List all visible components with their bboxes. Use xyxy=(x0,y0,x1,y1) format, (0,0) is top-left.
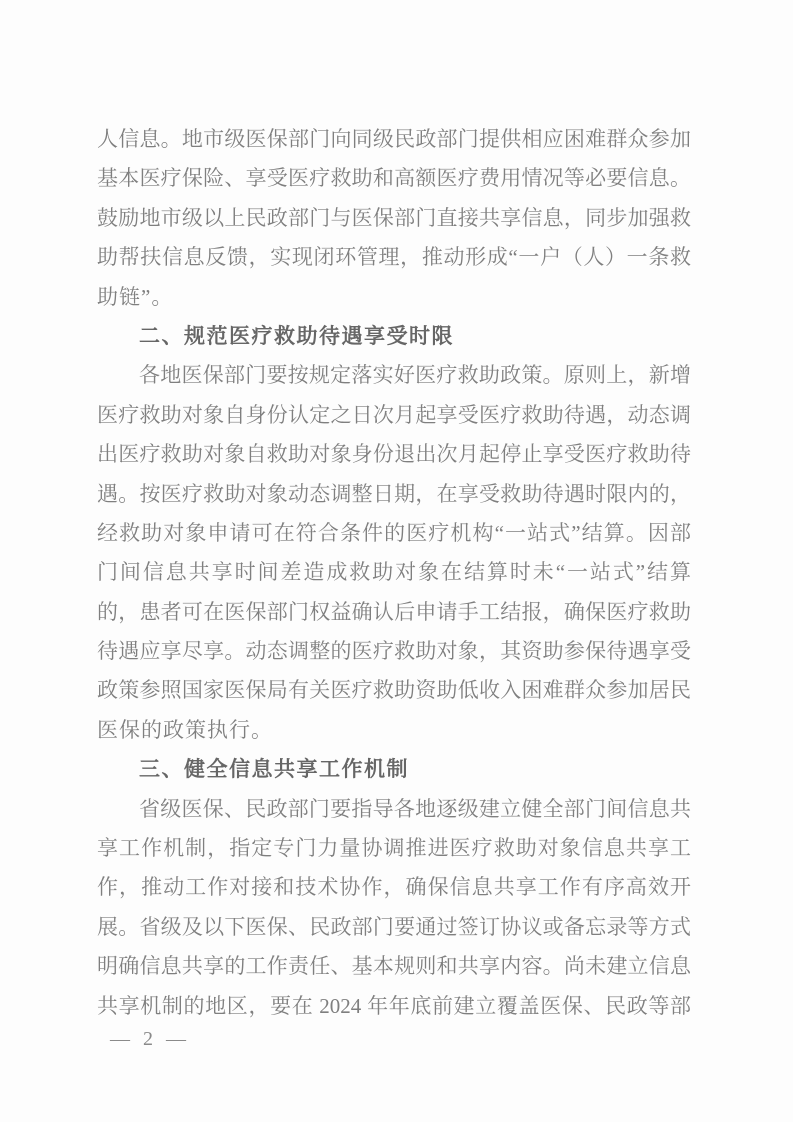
text-line: 遇。按医疗救助对象动态调整日期，在享受救助待遇时限内的， xyxy=(97,475,691,514)
text-line: 助帮扶信息反馈，实现闭环管理，推动形成“一户（人）一条救 xyxy=(97,238,691,277)
page-number: — 2 — xyxy=(110,1026,190,1052)
text-line: 共享机制的地区，要在 2024 年年底前建立覆盖医保、民政等部 xyxy=(97,987,691,1026)
text-line: 待遇应享尽享。动态调整的医疗救助对象，其资助参保待遇享受 xyxy=(97,632,691,671)
document-text-block: 人信息。地市级医保部门向同级民政部门提供相应困难群众参加 基本医疗保险、享受医疗… xyxy=(97,120,691,1026)
text-line: 鼓励地市级以上民政部门与医保部门直接共享信息，同步加强救 xyxy=(97,199,691,238)
document-page: 人信息。地市级医保部门向同级民政部门提供相应困难群众参加 基本医疗保险、享受医疗… xyxy=(0,0,793,1122)
text-line: 经救助对象申请可在符合条件的医疗机构“一站式”结算。因部 xyxy=(97,514,691,553)
text-line: 人信息。地市级医保部门向同级民政部门提供相应困难群众参加 xyxy=(97,120,691,159)
text-line: 享工作机制，指定专门力量协调推进医疗救助对象信息共享工 xyxy=(97,829,691,868)
text-line: 出医疗救助对象自救助对象身份退出次月起停止享受医疗救助待 xyxy=(97,435,691,474)
text-line: 门间信息共享时间差造成救助对象在结算时未“一站式”结算 xyxy=(97,553,691,592)
text-line: 明确信息共享的工作责任、基本规则和共享内容。尚未建立信息 xyxy=(97,947,691,986)
text-line: 各地医保部门要按规定落实好医疗救助政策。原则上，新增 xyxy=(97,356,691,395)
text-line: 作，推动工作对接和技术协作，确保信息共享工作有序高效开 xyxy=(97,868,691,907)
text-line: 展。省级及以下医保、民政部门要通过签订协议或备忘录等方式 xyxy=(97,908,691,947)
text-line: 政策参照国家医保局有关医疗救助资助低收入困难群众参加居民 xyxy=(97,671,691,710)
section-heading-3: 三、健全信息共享工作机制 xyxy=(97,750,691,789)
text-line: 医保的政策执行。 xyxy=(97,711,691,750)
text-line: 助链”。 xyxy=(97,278,691,317)
text-line: 省级医保、民政部门要指导各地逐级建立健全部门间信息共 xyxy=(97,790,691,829)
section-heading-2: 二、规范医疗救助待遇享受时限 xyxy=(97,317,691,356)
text-line: 医疗救助对象自身份认定之日次月起享受医疗救助待遇，动态调 xyxy=(97,396,691,435)
text-line: 基本医疗保险、享受医疗救助和高额医疗费用情况等必要信息。 xyxy=(97,159,691,198)
text-line: 的，患者可在医保部门权益确认后申请手工结报，确保医疗救助 xyxy=(97,593,691,632)
